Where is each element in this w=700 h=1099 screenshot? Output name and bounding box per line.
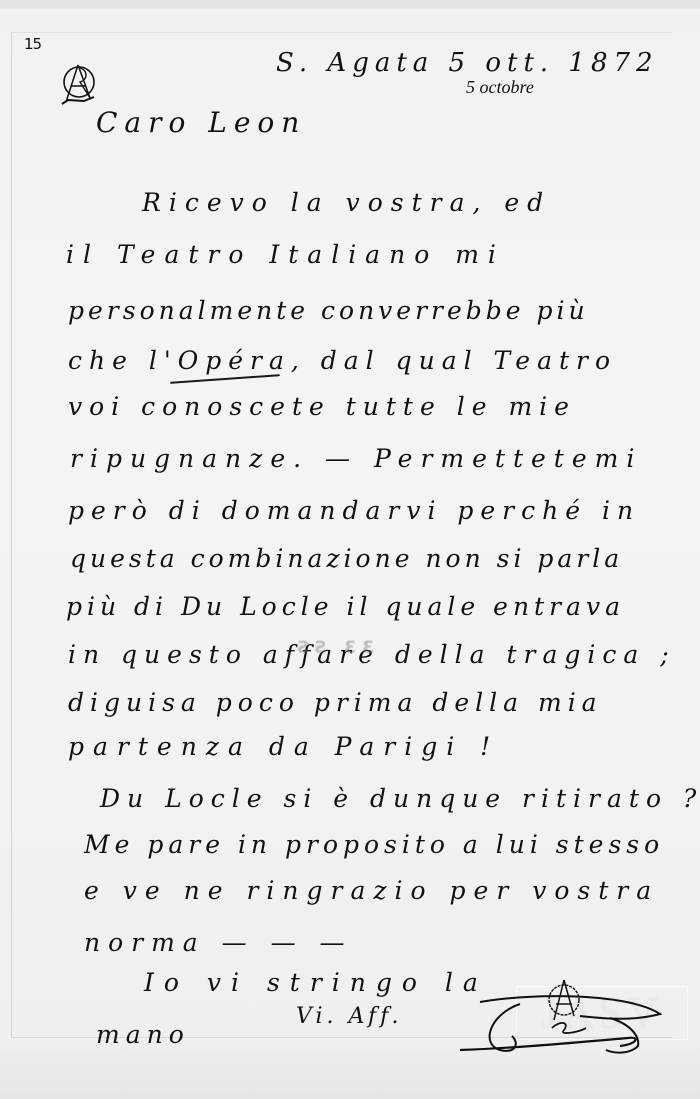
body-line: ripugnanze. — Permettetemi [70,444,642,474]
page-number: 15 [24,35,41,53]
closing: Vi. Aff. [296,1002,403,1032]
body-line: diguisa poco prima della mia [68,688,603,718]
monogram-stamp-icon [58,62,106,112]
date-annotation: 5 octobre [466,77,534,98]
place-date: S. Agata 5 ott. 1872 [276,48,659,78]
body-line: norma — — — [84,928,353,958]
faint-mirror-stamp: 33 SS [284,638,374,660]
body-line: personalmente converrebbe più [68,296,589,326]
body-line: e ve ne ringrazio per vostra [84,876,659,906]
letter-scan: 15 S. Agata 5 ott. 1872 5 octobre Caro L… [0,0,700,1099]
signature-flourish: G. Verdi [460,984,680,1064]
body-line: Me pare in proposito a lui stesso [84,830,664,860]
body-line: però di domandarvi perché in [68,496,640,526]
body-line: questa combinazione non si parla [70,544,623,574]
body-line: più di Du Locle il quale entrava [66,592,625,622]
body-line: mano [96,1020,190,1050]
body-line: che l'Opéra, dal qual Teatro [68,346,617,376]
body-line: il Teatro Italiano mi [66,240,505,270]
body-line: Du Locle si è dunque ritirato ? [100,784,700,814]
signature: G. Verdi [660,1063,664,1065]
body-line: Ricevo la vostra, ed [142,188,551,218]
body-line: Io vi stringo la [144,968,488,998]
body-line: partenza da Parigi ! [68,732,499,762]
salutation: Caro Leon [96,108,306,138]
body-line: voi conoscete tutte le mie [68,392,576,422]
